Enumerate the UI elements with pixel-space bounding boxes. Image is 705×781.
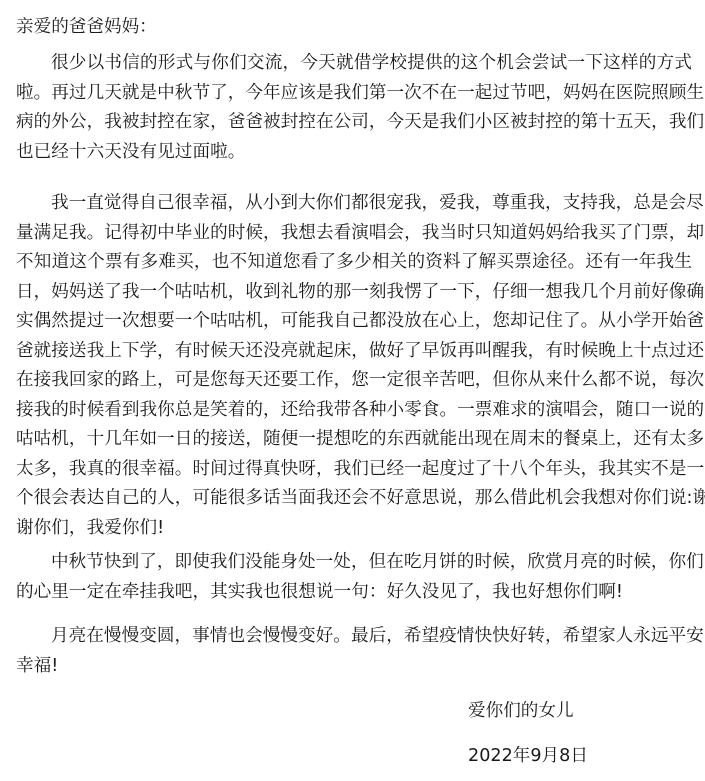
paragraph-line: 幸福! bbox=[16, 652, 692, 682]
paragraph-line: 接我的时候看到我你总是笑着的，还给我带各种小零食。一票难求的演唱会，随口一说的 bbox=[16, 396, 692, 426]
paragraph-memories: 我一直觉得自己很幸福，从小到大你们都很宠我，爱我，尊重我，支持我，总是会尽 量满… bbox=[16, 189, 692, 543]
paragraph-line: 实偶然提过一次想要一个咕咕机，可能我自己都没放在心上，您却记住了。从小学开始爸 bbox=[16, 307, 692, 337]
paragraph-line: 啦。再过几天就是中秋节了，今年应该是我们第一次不在一起过节吧，妈妈在医院照顾生 bbox=[16, 79, 692, 109]
paragraph-line: 太多，我真的很幸福。时间过得真快呀，我们已经一起度过了十八个年头，我其实不是一 bbox=[16, 455, 692, 485]
paragraph-line: 月亮在慢慢变圆，事情也会慢慢变好。最后，希望疫情快快好转，希望家人永远平安 bbox=[16, 622, 692, 652]
paragraph-mid-autumn: 中秋节快到了，即使我们没能身处一处，但在吃月饼的时候，欣赏月亮的时候，你们 的心… bbox=[16, 548, 692, 607]
paragraph-line: 我一直觉得自己很幸福，从小到大你们都很宠我，爱我，尊重我，支持我，总是会尽 bbox=[16, 189, 692, 219]
letter-date: 2022年9月8日 bbox=[468, 742, 588, 772]
paragraph-line: 不知道这个票有多难买，也不知道您看了多少相关的资料了解买票途径。还有一年我生 bbox=[16, 248, 692, 278]
paragraph-line: 谢你们，我爱你们! bbox=[16, 514, 692, 544]
paragraph-line: 量满足我。记得初中毕业的时候，我想去看演唱会，我当时只知道妈妈给我买了门票，却 bbox=[16, 219, 692, 249]
paragraph-line: 咕咕机，十几年如一日的接送，随便一提想吃的东西就能出现在周末的餐桌上，还有太多 bbox=[16, 425, 692, 455]
paragraph-closing-wishes: 月亮在慢慢变圆，事情也会慢慢变好。最后，希望疫情快快好转，希望家人永远平安 幸福… bbox=[16, 622, 692, 681]
paragraph-line: 爸就接送我上下学，有时候天还没亮就起床，做好了早饭再叫醒我，有时候晚上十点过还 bbox=[16, 337, 692, 367]
paragraph-line: 日，妈妈送了我一个咕咕机，收到礼物的那一刻我愣了一下，仔细一想我几个月前好像确 bbox=[16, 278, 692, 308]
paragraph-line: 在接我回家的路上，可是您每天还要工作，您一定很辛苦吧，但你从来什么都不说，每次 bbox=[16, 366, 692, 396]
paragraph-line: 的心里一定在牵挂我吧，其实我也很想说一句：好久没见了，我也好想你们啊! bbox=[16, 578, 692, 608]
paragraph-line: 也已经十六天没有见过面啦。 bbox=[16, 138, 692, 168]
paragraph-intro: 很少以书信的形式与你们交流，今天就借学校提供的这个机会尝试一下这样的方式 啦。再… bbox=[16, 49, 692, 167]
letter-signature: 爱你们的女儿 bbox=[468, 697, 574, 727]
paragraph-line: 很少以书信的形式与你们交流，今天就借学校提供的这个机会尝试一下这样的方式 bbox=[16, 49, 692, 79]
letter-greeting: 亲爱的爸爸妈妈： bbox=[16, 13, 157, 43]
paragraph-line: 个很会表达自己的人，可能很多话当面我还会不好意思说，那么借此机会我想对你们说:谢 bbox=[16, 484, 692, 514]
paragraph-line: 中秋节快到了，即使我们没能身处一处，但在吃月饼的时候，欣赏月亮的时候，你们 bbox=[16, 548, 692, 578]
paragraph-line: 病的外公，我被封控在家，爸爸被封控在公司，今天是我们小区被封控的第十五天，我们 bbox=[16, 108, 692, 138]
